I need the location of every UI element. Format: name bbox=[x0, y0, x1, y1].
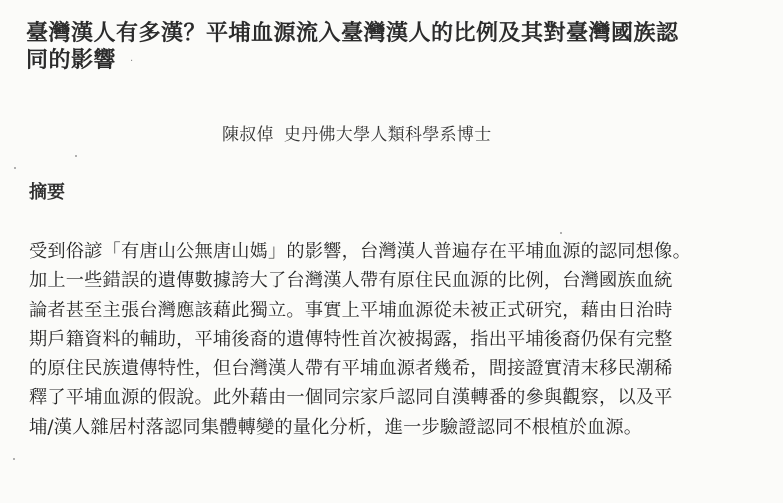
abstract-line: 釋了平埔血源的假說。此外藉由一個同宗家戶認同自漢轉番的參與觀察，以及平 bbox=[29, 383, 769, 412]
title-line-2: 同的影響· bbox=[26, 47, 746, 75]
scanned-document-page: 臺灣漢人有多漢？平埔血源流入臺灣漢人的比例及其對臺灣國族認 同的影響· 陳叔倬史… bbox=[0, 0, 783, 503]
abstract-line: 受到俗諺「有唐山公無唐山媽」的影響，台灣漢人普遍存在平埔血源的認同想像。 bbox=[29, 237, 769, 266]
author-affiliation: 史丹佛大學人類科學系博士 bbox=[284, 125, 492, 145]
title-line-2-text: 同的影響 bbox=[26, 48, 116, 73]
abstract-body: 受到俗諺「有唐山公無唐山媽」的影響，台灣漢人普遍存在平埔血源的認同想像。 加上一… bbox=[29, 237, 769, 442]
abstract-line: 的原住民族遺傳特性，但台灣漢人帶有平埔血源者幾希，間接證實清末移民潮稀 bbox=[29, 354, 769, 383]
scan-speck bbox=[13, 458, 15, 460]
abstract-heading: 摘要 bbox=[29, 178, 65, 204]
scan-artifact: · bbox=[130, 56, 134, 67]
abstract-line: 期戶籍資料的輔助，平埔後裔的遺傳特性首次被揭露，指出平埔後裔仍保有完整 bbox=[29, 325, 769, 354]
scan-speck bbox=[560, 232, 562, 234]
document-title: 臺灣漢人有多漢？平埔血源流入臺灣漢人的比例及其對臺灣國族認 同的影響· bbox=[26, 20, 746, 75]
title-line-1: 臺灣漢人有多漢？平埔血源流入臺灣漢人的比例及其對臺灣國族認 bbox=[26, 20, 746, 47]
scan-speck bbox=[75, 155, 77, 157]
abstract-line: 埔/漢人雜居村落認同集體轉變的量化分析，進一步驗證認同不根植於血源。 bbox=[29, 413, 769, 442]
abstract-line: 加上一些錯誤的遺傳數據誇大了台灣漢人帶有原住民血源的比例，台灣國族血統 bbox=[29, 266, 769, 295]
author-byline: 陳叔倬史丹佛大學人類科學系博士 bbox=[222, 124, 492, 146]
abstract-line: 論者甚至主張台灣應該藉此獨立。事實上平埔血源從未被正式研究，藉由日治時 bbox=[29, 296, 769, 325]
author-name: 陳叔倬 bbox=[222, 125, 274, 145]
scan-speck bbox=[14, 167, 16, 169]
